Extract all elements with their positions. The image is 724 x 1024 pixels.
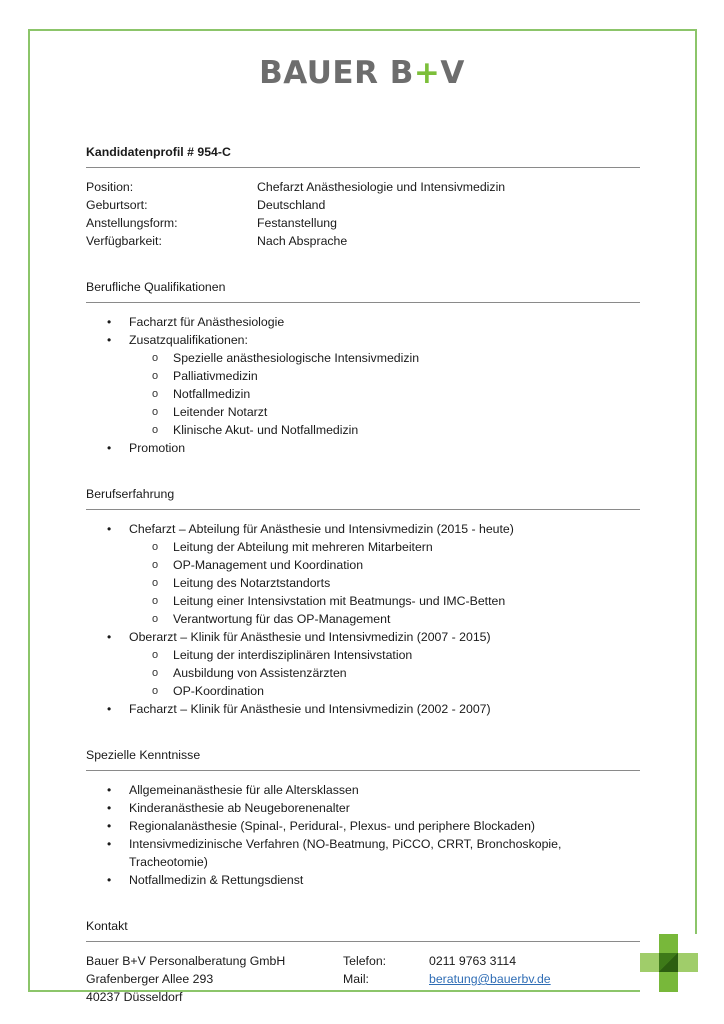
list-item-text: Facharzt – Klinik für Anästhesie und Int… xyxy=(129,702,491,716)
list-item-text: Kinderanästhesie ab Neugeborenenalter xyxy=(129,801,350,815)
bullet-icon: • xyxy=(107,700,111,718)
list-item: •Zusatzqualifikationen: xyxy=(86,331,640,349)
sub-list-item: oOP-Management und Koordination xyxy=(86,556,640,574)
sub-list-item: oLeitung der Abteilung mit mehreren Mita… xyxy=(86,538,640,556)
bullet-icon: • xyxy=(107,835,111,853)
sub-list-item-text: OP-Management und Koordination xyxy=(173,558,363,572)
list-item-text: Facharzt für Anästhesiologie xyxy=(129,315,284,329)
experience-list: •Chefarzt – Abteilung für Anästhesie und… xyxy=(86,520,640,718)
circle-bullet-icon: o xyxy=(152,610,158,628)
circle-bullet-icon: o xyxy=(152,646,158,664)
field-label: Anstellungsform: xyxy=(86,214,257,232)
list-item: •Facharzt für Anästhesiologie xyxy=(86,313,640,331)
bullet-icon: • xyxy=(107,781,111,799)
field-value: Nach Absprache xyxy=(257,232,347,250)
sub-list-item-text: Verantwortung für das OP-Management xyxy=(173,612,390,626)
experience-heading: Berufserfahrung xyxy=(86,485,640,503)
list-item-text: Oberarzt – Klinik für Anästhesie und Int… xyxy=(129,630,491,644)
sub-list-item-text: Klinische Akut- und Notfallmedizin xyxy=(173,423,358,437)
circle-bullet-icon: o xyxy=(152,682,158,700)
profile-field-row: Anstellungsform:Festanstellung xyxy=(86,214,640,232)
bullet-icon: • xyxy=(107,331,111,349)
bullet-icon: • xyxy=(107,439,111,457)
circle-bullet-icon: o xyxy=(152,385,158,403)
divider xyxy=(86,167,640,168)
contact-company: Bauer B+V Personalberatung GmbH xyxy=(86,952,343,970)
list-item-text: Intensivmedizinische Verfahren (NO-Beatm… xyxy=(129,837,561,869)
sub-list-item-text: Leitender Notarzt xyxy=(173,405,267,419)
circle-bullet-icon: o xyxy=(152,367,158,385)
sub-list-item: oAusbildung von Assistenzärzten xyxy=(86,664,640,682)
circle-bullet-icon: o xyxy=(152,664,158,682)
email-link[interactable]: beratung@bauerbv.de xyxy=(429,972,551,986)
sub-list-item: oPalliativmedizin xyxy=(86,367,640,385)
company-logo: BAUER B+V xyxy=(0,55,724,91)
qualifications-list: •Facharzt für Anästhesiologie•Zusatzqual… xyxy=(86,313,640,457)
sub-list-item-text: Leitung der interdisziplinären Intensivs… xyxy=(173,648,412,662)
circle-bullet-icon: o xyxy=(152,403,158,421)
phone-label: Telefon: xyxy=(343,952,429,970)
bullet-icon: • xyxy=(107,799,111,817)
field-label: Position: xyxy=(86,178,257,196)
sub-list-item-text: OP-Koordination xyxy=(173,684,264,698)
list-item-text: Allgemeinanästhesie für alle Altersklass… xyxy=(129,783,359,797)
sub-list-item: oLeitung des Notarztstandorts xyxy=(86,574,640,592)
field-value: Chefarzt Anästhesiologie und Intensivmed… xyxy=(257,178,505,196)
divider xyxy=(86,770,640,771)
list-item-text: Chefarzt – Abteilung für Anästhesie und … xyxy=(129,522,514,536)
bullet-icon: • xyxy=(107,628,111,646)
list-item: •Intensivmedizinische Verfahren (NO-Beat… xyxy=(86,835,640,871)
sub-list-item-text: Leitung der Abteilung mit mehreren Mitar… xyxy=(173,540,433,554)
contact-city: 40237 Düsseldorf xyxy=(86,988,343,1006)
sub-list-item-text: Leitung des Notarztstandorts xyxy=(173,576,330,590)
list-item: •Allgemeinanästhesie für alle Altersklas… xyxy=(86,781,640,799)
divider xyxy=(86,302,640,303)
contact-block: Bauer B+V Personalberatung GmbH Grafenbe… xyxy=(86,952,640,1006)
field-value: Festanstellung xyxy=(257,214,337,232)
frame-border-top xyxy=(28,29,697,31)
sub-list-item: oVerantwortung für das OP-Management xyxy=(86,610,640,628)
circle-bullet-icon: o xyxy=(152,349,158,367)
field-value: Deutschland xyxy=(257,196,325,214)
sub-list-item: oSpezielle anästhesiologische Intensivme… xyxy=(86,349,640,367)
sub-list-item: oLeitender Notarzt xyxy=(86,403,640,421)
qualifications-heading: Berufliche Qualifikationen xyxy=(86,278,640,296)
contact-heading: Kontakt xyxy=(86,917,640,935)
divider xyxy=(86,509,640,510)
frame-border-left xyxy=(28,29,30,992)
profile-field-row: Position:Chefarzt Anästhesiologie und In… xyxy=(86,178,640,196)
profile-field-row: Geburtsort:Deutschland xyxy=(86,196,640,214)
list-item-text: Regionalanästhesie (Spinal-, Peridural-,… xyxy=(129,819,535,833)
list-item-text: Zusatzqualifikationen: xyxy=(129,333,248,347)
list-item: •Facharzt – Klinik für Anästhesie und In… xyxy=(86,700,640,718)
field-label: Verfügbarkeit: xyxy=(86,232,257,250)
frame-border-right xyxy=(695,29,697,934)
sub-list-item: oNotfallmedizin xyxy=(86,385,640,403)
sub-list-item: oOP-Koordination xyxy=(86,682,640,700)
profile-title: Kandidatenprofil # 954-C xyxy=(86,143,640,161)
list-item-text: Notfallmedizin & Rettungsdienst xyxy=(129,873,303,887)
list-item-text: Promotion xyxy=(129,441,185,455)
bullet-icon: • xyxy=(107,313,111,331)
phone-number: 0211 9763 3114 xyxy=(429,952,551,970)
profile-fields: Position:Chefarzt Anästhesiologie und In… xyxy=(86,178,640,250)
divider xyxy=(86,941,640,942)
mail-label: Mail: xyxy=(343,970,429,988)
list-item: •Notfallmedizin & Rettungsdienst xyxy=(86,871,640,889)
circle-bullet-icon: o xyxy=(152,592,158,610)
contact-street: Grafenberger Allee 293 xyxy=(86,970,343,988)
logo-plus: + xyxy=(414,55,440,91)
skills-list: •Allgemeinanästhesie für alle Altersklas… xyxy=(86,781,640,889)
list-item: •Regionalanästhesie (Spinal-, Peridural-… xyxy=(86,817,640,835)
circle-bullet-icon: o xyxy=(152,556,158,574)
sub-list-item: oLeitung der interdisziplinären Intensiv… xyxy=(86,646,640,664)
skills-heading: Spezielle Kenntnisse xyxy=(86,746,640,764)
logo-text-left: BAUER B xyxy=(259,55,414,91)
sub-list-item: oKlinische Akut- und Notfallmedizin xyxy=(86,421,640,439)
sub-list-item-text: Leitung einer Intensivstation mit Beatmu… xyxy=(173,594,505,608)
field-label: Geburtsort: xyxy=(86,196,257,214)
sub-list-item-text: Palliativmedizin xyxy=(173,369,258,383)
list-item: •Chefarzt – Abteilung für Anästhesie und… xyxy=(86,520,640,538)
bullet-icon: • xyxy=(107,817,111,835)
bullet-icon: • xyxy=(107,520,111,538)
bullet-icon: • xyxy=(107,871,111,889)
circle-bullet-icon: o xyxy=(152,574,158,592)
green-cross-icon xyxy=(640,934,698,992)
logo-text-right: V xyxy=(440,55,465,91)
list-item: •Kinderanästhesie ab Neugeborenenalter xyxy=(86,799,640,817)
list-item: •Oberarzt – Klinik für Anästhesie und In… xyxy=(86,628,640,646)
sub-list-item-text: Ausbildung von Assistenzärzten xyxy=(173,666,347,680)
sub-list-item-text: Spezielle anästhesiologische Intensivmed… xyxy=(173,351,419,365)
profile-field-row: Verfügbarkeit:Nach Absprache xyxy=(86,232,640,250)
sub-list-item: oLeitung einer Intensivstation mit Beatm… xyxy=(86,592,640,610)
profile-document: Kandidatenprofil # 954-C Position:Chefar… xyxy=(86,143,640,1006)
list-item: •Promotion xyxy=(86,439,640,457)
circle-bullet-icon: o xyxy=(152,421,158,439)
sub-list-item-text: Notfallmedizin xyxy=(173,387,250,401)
circle-bullet-icon: o xyxy=(152,538,158,556)
